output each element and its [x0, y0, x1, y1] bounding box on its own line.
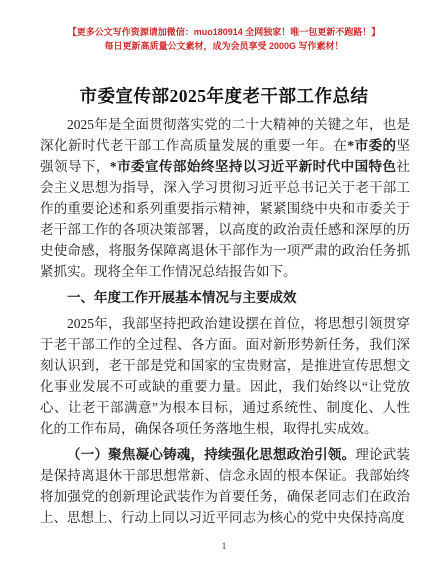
text-run: 2025年，我部坚持把政治建设摆在首位，将思想引领贯穿于老干部工作的全过程、各方… — [40, 316, 410, 436]
page-number: 1 — [0, 542, 448, 552]
document-page: 【更多公文写作资源请加微信：muo180914 全网独家！唯一包更新不跑路！】 … — [0, 0, 448, 580]
document-title: 市委宣传部2025年度老干部工作总结 — [20, 83, 428, 108]
text-run: 社会主义思想为指导，深入学习贯彻习近平总书记关于老干部工作的重要论述和系列重要指… — [40, 159, 410, 279]
document-body: 2025年是全面贯彻落实党的二十大精神的关键之年，也是深化新时代老干部工作高质量… — [40, 114, 410, 528]
paragraph: 2025年是全面贯彻落实党的二十大精神的关键之年，也是深化新时代老干部工作高质量… — [40, 114, 410, 282]
ad-banner-line-2: 每日更新高质量公文素材，成为会员享受 2000G 写作素材！ — [0, 39, 448, 53]
paragraph: 2025年，我部坚持把政治建设摆在首位，将思想引领贯穿于老干部工作的全过程、各方… — [40, 313, 410, 439]
text-run: 一、年度工作开展基本情况与主要成效 — [67, 290, 297, 305]
section-heading: 一、年度工作开展基本情况与主要成效 — [40, 287, 410, 308]
ad-banner-line-1: 【更多公文写作资源请加微信：muo180914 全网独家！唯一包更新不跑路！】 — [0, 25, 448, 39]
paragraph: （一）聚焦凝心铸魂，持续强化思想政治引领。理论武装是保持离退休干部思想常新、信念… — [40, 444, 410, 528]
text-run: （一）聚焦凝心铸魂，持续强化思想政治引领。 — [67, 447, 355, 462]
ad-banner: 【更多公文写作资源请加微信：muo180914 全网独家！唯一包更新不跑路！】 … — [0, 0, 448, 53]
text-run: *市委宣传部始终坚持以习近平新时代中国特色 — [110, 159, 397, 174]
text-run: *市委的 — [347, 138, 396, 153]
